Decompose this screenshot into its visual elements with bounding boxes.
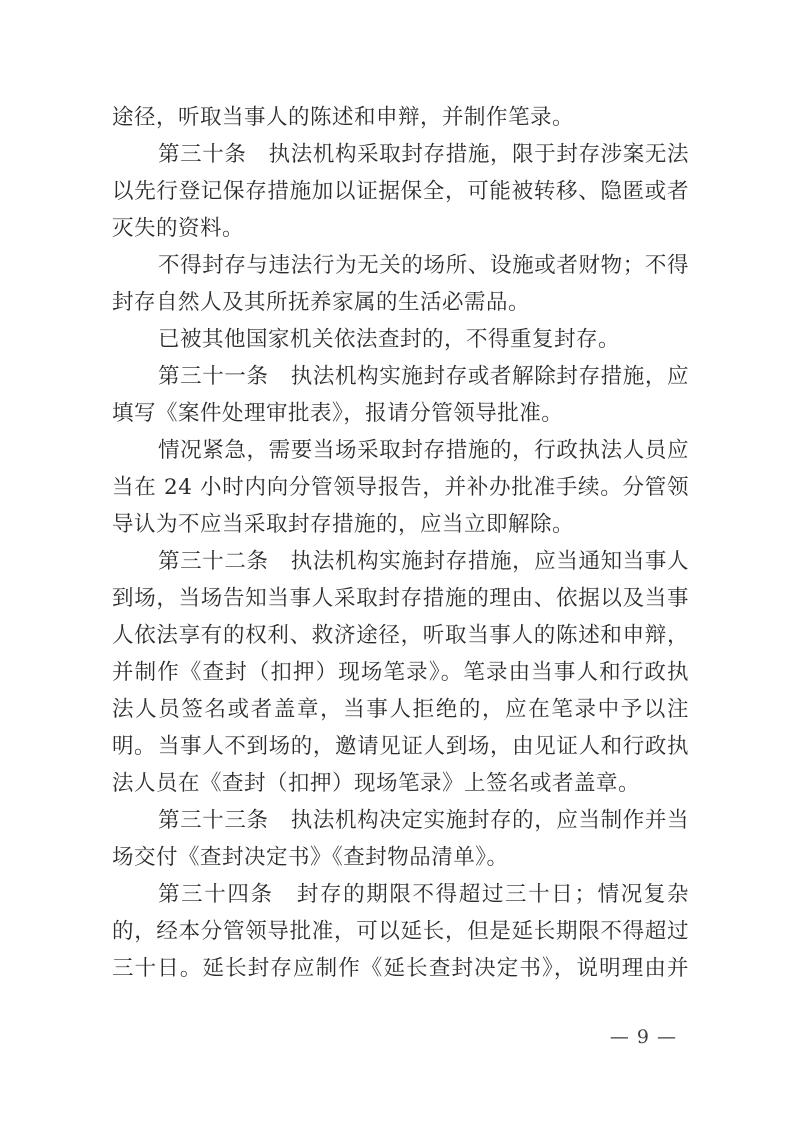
document-page: 途径，听取当事人的陈述和申辩，并制作笔录。 第三十条 执法机构采取封存措施，限于… bbox=[0, 0, 793, 1122]
text-line: 途径，听取当事人的陈述和申辩，并制作笔录。 bbox=[112, 99, 689, 136]
text-line: 的，经本分管领导批准，可以延长，但是延长期限不得超过 bbox=[112, 913, 689, 950]
text-line: 已被其他国家机关依法查封的，不得重复封存。 bbox=[112, 321, 689, 358]
text-line: 三十日。延长封存应制作《延长查封决定书》，说明理由并 bbox=[112, 950, 689, 987]
text-line: 法人员签名或者盖章，当事人拒绝的，应在笔录中予以注明。 bbox=[112, 691, 689, 728]
text-line: 当在 24 小时内向分管领导报告，并补办批准手续。分管领 bbox=[112, 469, 689, 506]
text-line: 封存自然人及其所抚养家属的生活必需品。 bbox=[112, 284, 689, 321]
text-line-article-31: 第三十一条 执法机构实施封存或者解除封存措施，应 bbox=[112, 358, 689, 395]
text-line: 法人员在《查封（扣押）现场笔录》上签名或者盖章。 bbox=[112, 765, 689, 802]
text-line: 当事人不到场的，邀请见证人到场，由见证人和行政执 bbox=[112, 728, 689, 765]
text-line: 以先行登记保存措施加以证据保全，可能被转移、隐匿或者 bbox=[112, 173, 689, 210]
text-line: 填写《案件处理审批表》，报请分管领导批准。 bbox=[112, 395, 689, 432]
text-line: 到场，当场告知当事人采取封存措施的理由、依据以及当事 bbox=[112, 580, 689, 617]
page-number: — 9 — bbox=[610, 1024, 677, 1050]
text-line: 情况紧急，需要当场采取封存措施的，行政执法人员应 bbox=[112, 432, 689, 469]
text-line-article-32: 第三十二条 执法机构实施封存措施，应当通知当事人 bbox=[112, 543, 689, 580]
text-line-article-34: 第三十四条 封存的期限不得超过三十日；情况复杂 bbox=[112, 876, 689, 913]
text-line: 场交付《查封决定书》《查封物品清单》。 bbox=[112, 839, 689, 876]
text-line-article-33: 第三十三条 执法机构决定实施封存的，应当制作并当 bbox=[112, 802, 689, 839]
text-line: 导认为不应当采取封存措施的，应当立即解除。 bbox=[112, 506, 689, 543]
text-line-article-30: 第三十条 执法机构采取封存措施，限于封存涉案无法 bbox=[112, 136, 689, 173]
text-line: 灭失的资料。 bbox=[112, 210, 689, 247]
text-line: 人依法享有的权利、救济途径，听取当事人的陈述和申辩， bbox=[112, 617, 689, 654]
body-text: 途径，听取当事人的陈述和申辩，并制作笔录。 第三十条 执法机构采取封存措施，限于… bbox=[112, 99, 689, 987]
text-line: 并制作《查封（扣押）现场笔录》。笔录由当事人和行政执 bbox=[112, 654, 689, 691]
text-line: 不得封存与违法行为无关的场所、设施或者财物；不得 bbox=[112, 247, 689, 284]
